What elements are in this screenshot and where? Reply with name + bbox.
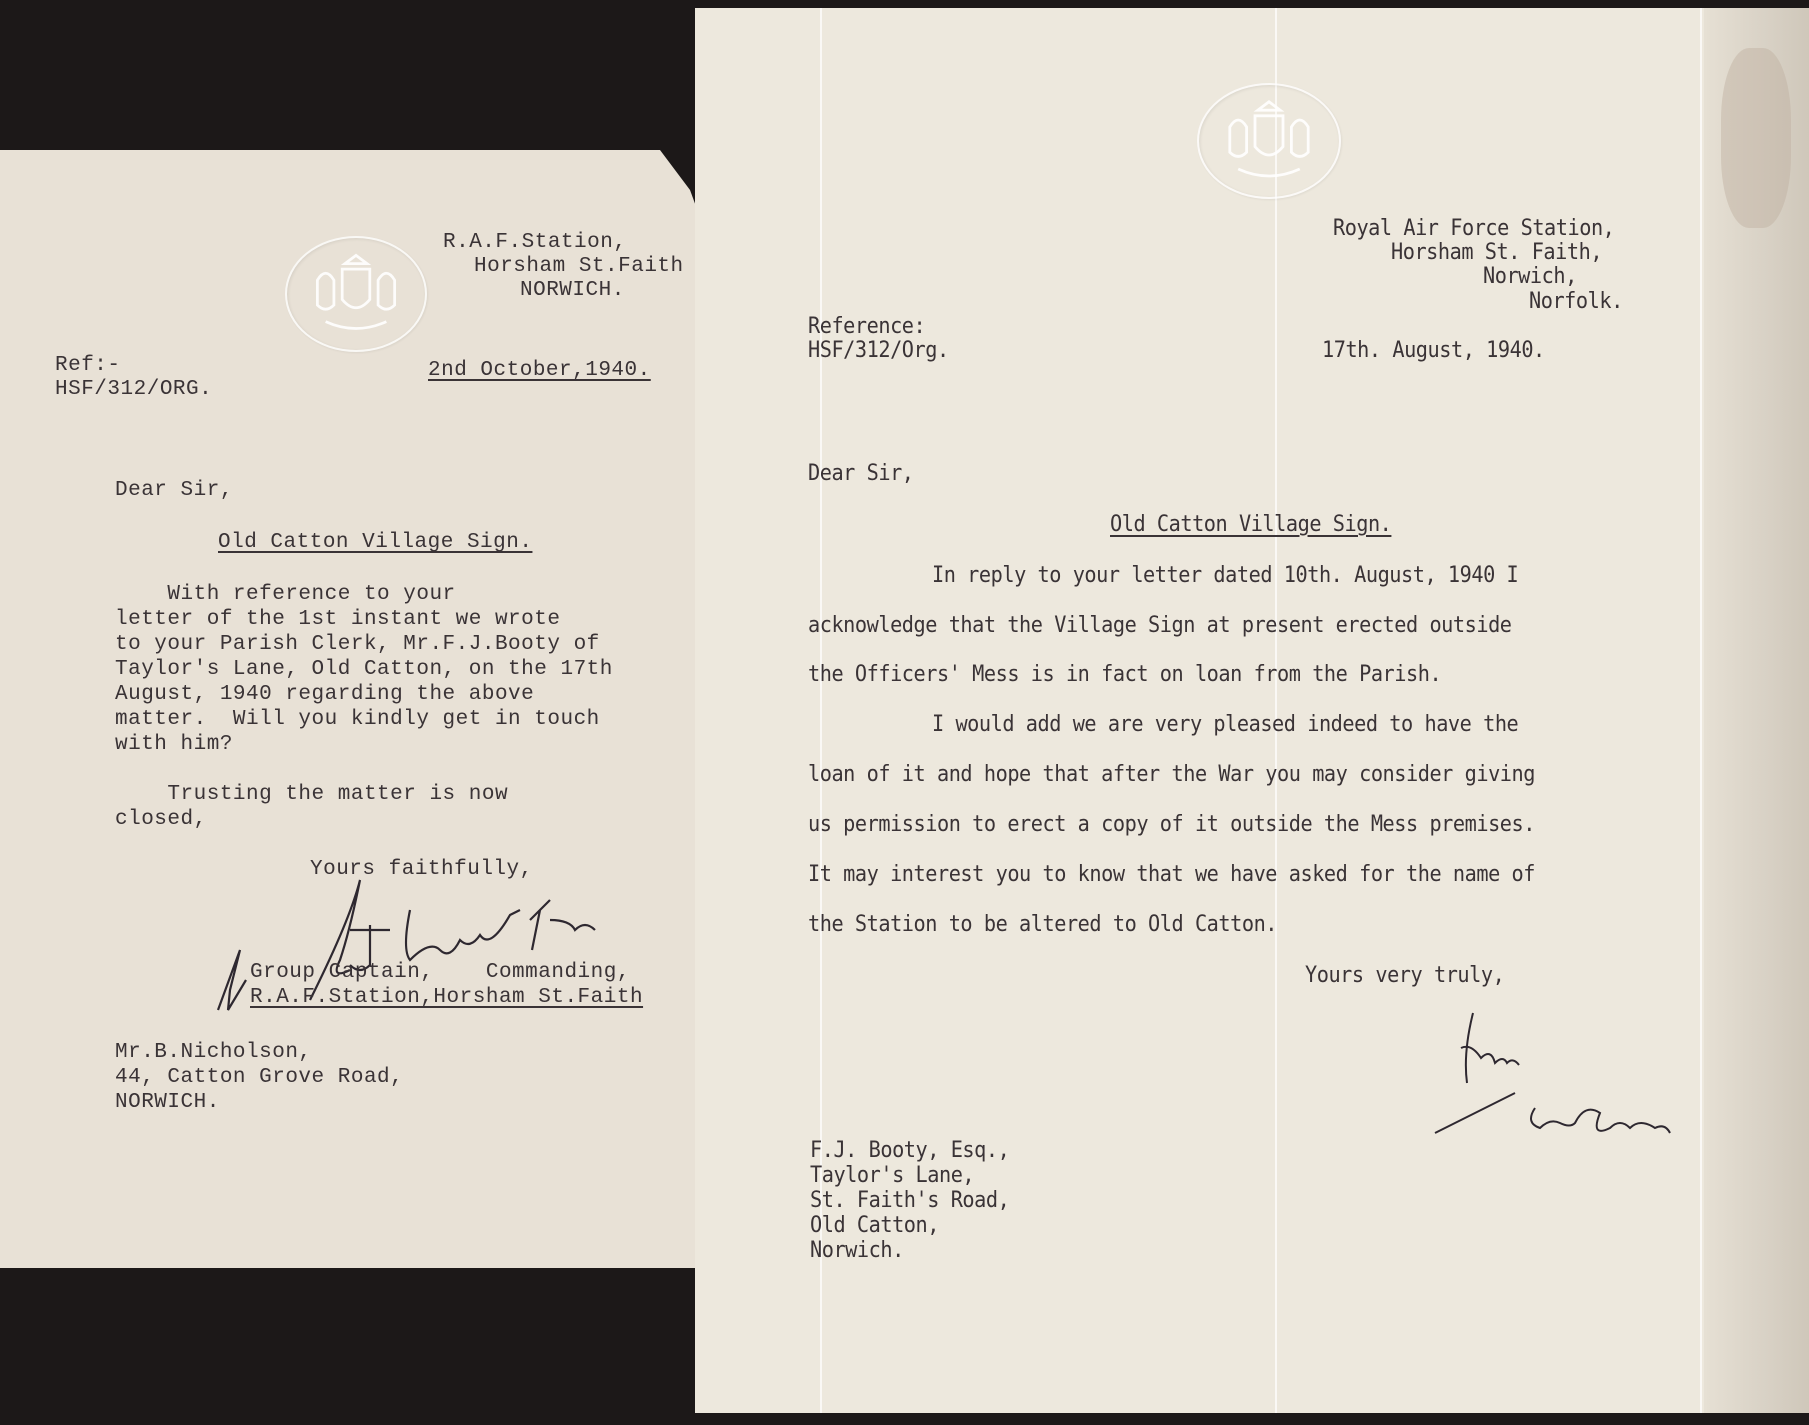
ref-label: Ref:- <box>55 355 121 376</box>
signatory-station: R.A.F.Station,Horsham St.Faith <box>250 987 643 1008</box>
salutation: Dear Sir, <box>115 480 233 501</box>
paper-fold-line <box>1275 8 1277 1413</box>
body-line: It may interest you to know that we have… <box>808 864 1535 886</box>
body-line: With reference to your <box>115 584 456 605</box>
body-line: matter. Will you kindly get in touch <box>115 709 600 730</box>
body-line: the Officers' Mess is in fact on loan fr… <box>808 664 1441 686</box>
ref-label: Reference: <box>808 316 925 338</box>
body-line: acknowledge that the Village Sign at pre… <box>808 615 1512 637</box>
recipient-line: NORWICH. <box>115 1092 220 1113</box>
header-line: Horsham St.Faith <box>474 256 684 277</box>
recipient-line: St. Faith's Road, <box>810 1190 1009 1212</box>
body-line: loan of it and hope that after the War y… <box>808 764 1535 786</box>
letter-date: 2nd October,1940. <box>428 360 651 381</box>
recipient-line: Old Catton, <box>810 1215 939 1237</box>
ref-value: HSF/312/Org. <box>808 340 949 362</box>
closing-line: closed, <box>115 809 207 830</box>
body-line: August, 1940 regarding the above <box>115 684 534 705</box>
subject-line: Old Catton Village Sign. <box>1110 514 1391 536</box>
body-line: letter of the 1st instant we wrote <box>115 609 560 630</box>
signature-icon <box>1425 1008 1725 1138</box>
body-line: I would add we are very pleased indeed t… <box>932 714 1518 736</box>
paper-stain <box>1721 48 1791 228</box>
closing-line: Trusting the matter is now <box>115 784 508 805</box>
recipient-line: Norwich. <box>810 1240 904 1262</box>
recipient-line: Mr.B.Nicholson, <box>115 1042 312 1063</box>
body-line: the Station to be altered to Old Catton. <box>808 914 1277 936</box>
body-line: with him? <box>115 734 233 755</box>
body-line: us permission to erect a copy of it outs… <box>808 814 1535 836</box>
body-line: Taylor's Lane, Old Catton, on the 17th <box>115 659 613 680</box>
paper-fold-line <box>1700 8 1702 1413</box>
royal-crest-emboss-icon <box>1197 83 1341 199</box>
letter-date: 17th. August, 1940. <box>1322 340 1545 362</box>
valediction: Yours very truly, <box>1305 965 1504 987</box>
header-line: NORWICH. <box>520 280 625 301</box>
signatory-title: Group Captain, Commanding, <box>250 962 630 983</box>
recipient-line: F.J. Booty, Esq., <box>810 1140 1009 1162</box>
body-line: In reply to your letter dated 10th. Augu… <box>932 565 1518 587</box>
header-line: R.A.F.Station, <box>443 232 626 253</box>
subject-line: Old Catton Village Sign. <box>218 532 532 553</box>
header-line: Norwich, <box>1483 266 1577 288</box>
ref-value: HSF/312/ORG. <box>55 379 212 400</box>
header-line: Royal Air Force Station, <box>1333 218 1614 240</box>
body-line: to your Parish Clerk, Mr.F.J.Booty of <box>115 634 600 655</box>
letter-right: Royal Air Force Station, Horsham St. Fai… <box>695 8 1809 1413</box>
recipient-line: Taylor's Lane, <box>810 1165 974 1187</box>
royal-crest-emboss-icon <box>285 236 427 352</box>
header-line: Horsham St. Faith, <box>1391 242 1602 264</box>
letter-left: R.A.F.Station, Horsham St.Faith NORWICH.… <box>0 150 712 1268</box>
recipient-line: 44, Catton Grove Road, <box>115 1067 403 1088</box>
header-line: Norfolk. <box>1529 291 1623 313</box>
salutation: Dear Sir, <box>808 463 914 485</box>
